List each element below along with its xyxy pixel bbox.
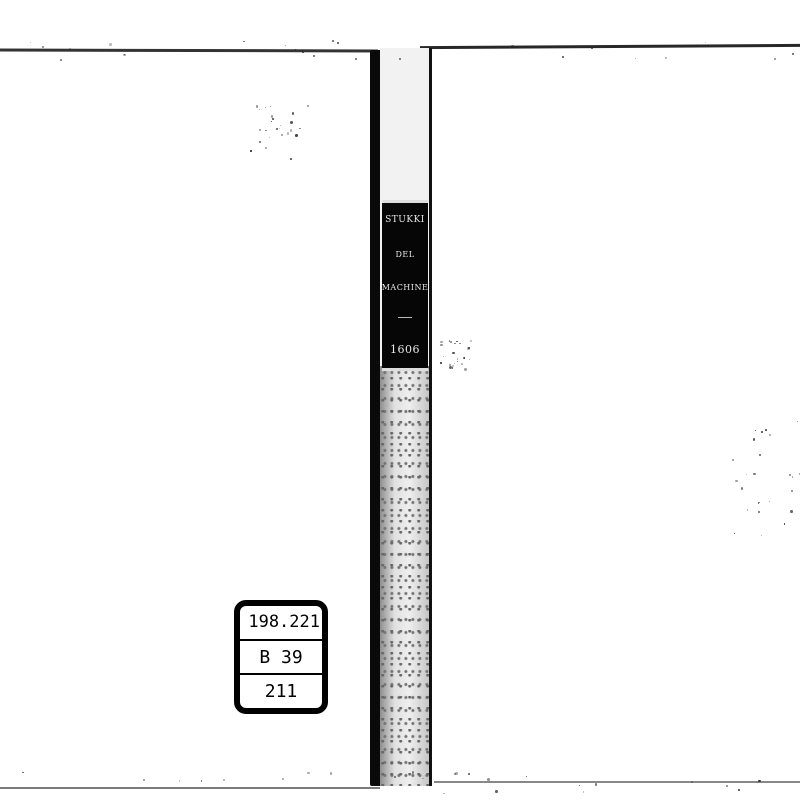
spine-title-line: MACHINE (382, 283, 429, 292)
spine-worn-texture (380, 366, 429, 786)
spine-year: 1606 (390, 343, 420, 356)
call-number-cutter: B 39 (240, 639, 322, 674)
call-number-item: 211 (240, 673, 322, 708)
board-top-edge-right (420, 44, 800, 49)
call-number-class: 198.221 (240, 606, 322, 639)
board-top-edge-left (0, 49, 378, 53)
scanned-book-image: STUKKI DEL MACHINE 1606 198.221 B 39 211 (0, 0, 800, 800)
spine-title-label: STUKKI DEL MACHINE 1606 (382, 200, 428, 371)
spine-title-line: STUKKI (385, 215, 425, 225)
spine-title-line: DEL (395, 250, 414, 259)
board-bottom-edge-left (0, 787, 380, 789)
board-bottom-edge-right (434, 781, 800, 783)
spine-divider (398, 317, 412, 318)
book-spine (380, 48, 432, 786)
call-number-label: 198.221 B 39 211 (234, 600, 328, 714)
